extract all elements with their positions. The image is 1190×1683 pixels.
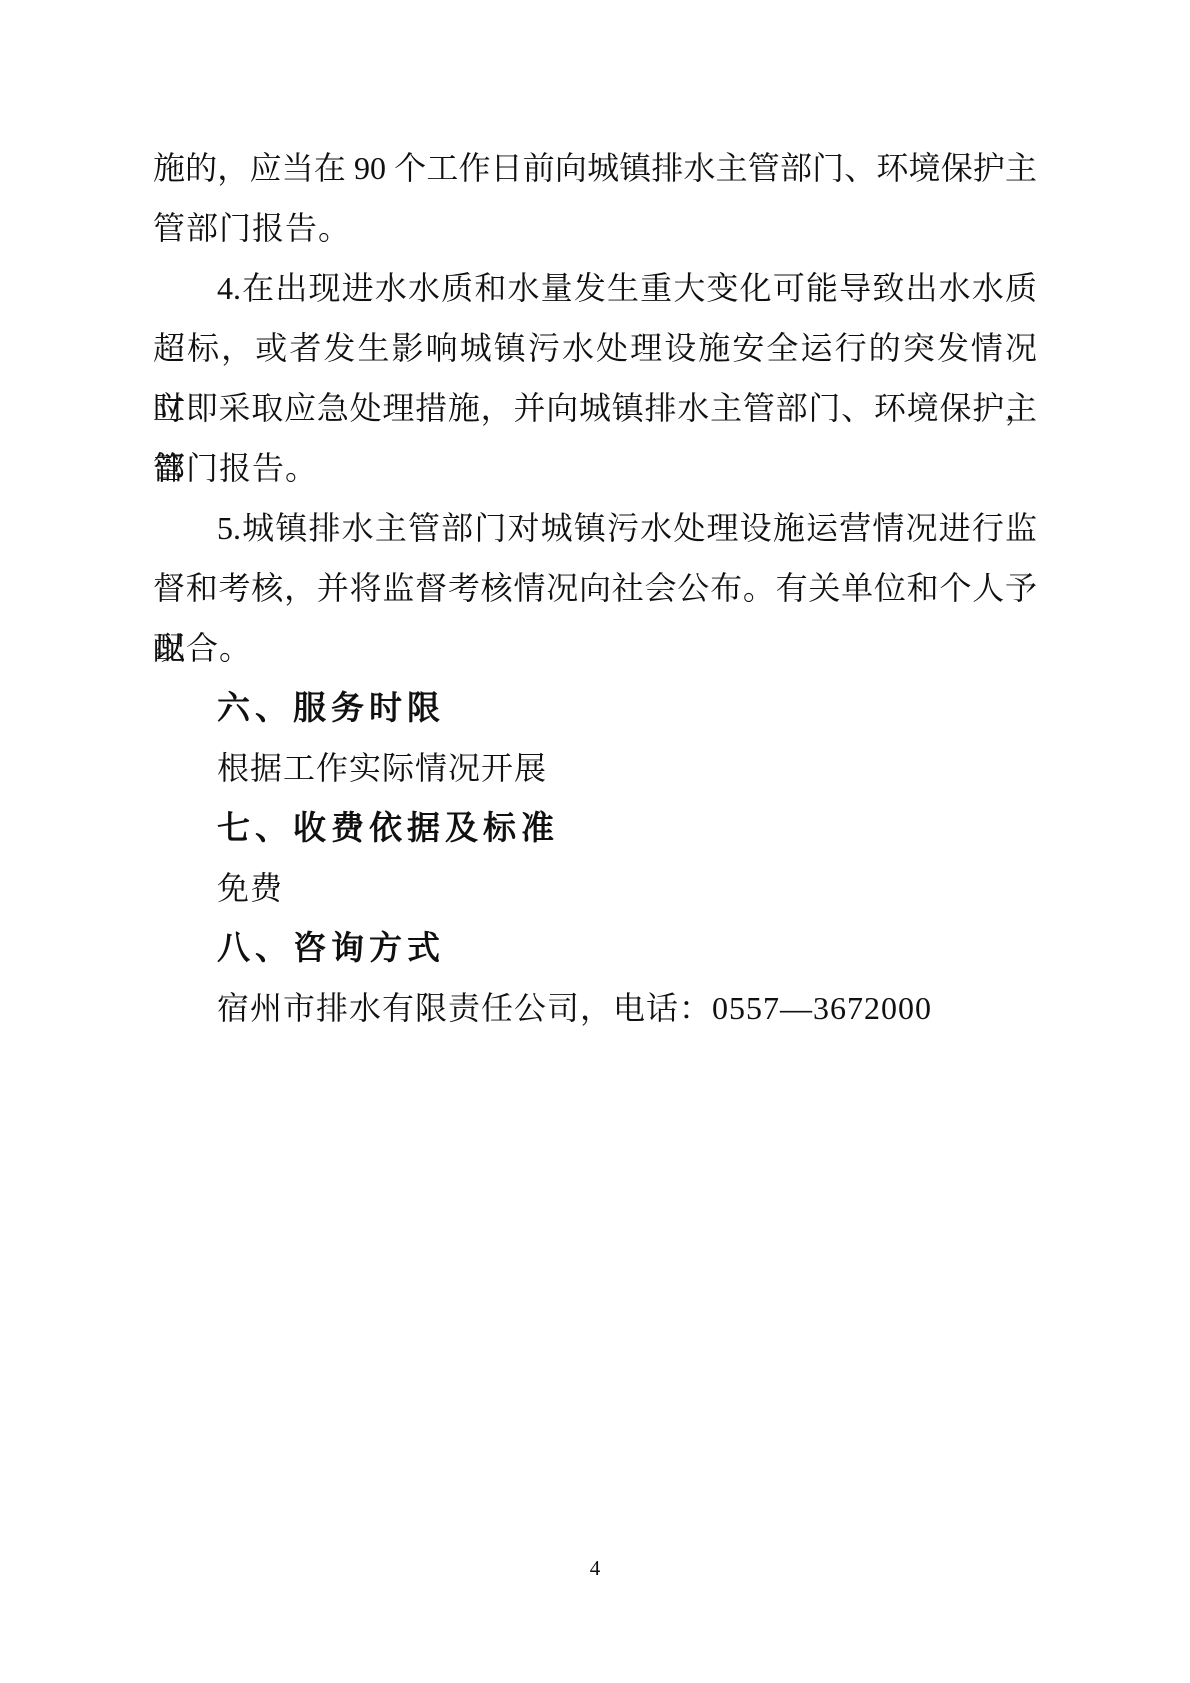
body-line: 施的，应当在 90 个工作日前向城镇排水主管部门、环境保护主 xyxy=(153,138,1037,198)
heading-consultation-method: 八、咨询方式 xyxy=(153,918,1037,978)
body-line-item-4: 4.在出现进水水质和水量发生重大变化可能导致出水水质 xyxy=(153,258,1037,318)
body-line-service-time-limit-answer: 根据工作实际情况开展 xyxy=(153,738,1037,798)
body-line: 部门报告。 xyxy=(153,438,1037,498)
page-number: 4 xyxy=(0,1552,1190,1584)
heading-service-time-limit: 六、服务时限 xyxy=(153,678,1037,738)
heading-fee-basis-standard: 七、收费依据及标准 xyxy=(153,798,1037,858)
body-line-fee-answer: 免费 xyxy=(153,858,1037,918)
body-line: 超标，或者发生影响城镇污水处理设施安全运行的突发情况时， xyxy=(153,318,1037,378)
body-line: 立即采取应急处理措施，并向城镇排水主管部门、环境保护主管 xyxy=(153,378,1037,438)
body-line: 管部门报告。 xyxy=(153,198,1037,258)
document-page: 施的，应当在 90 个工作日前向城镇排水主管部门、环境保护主 管部门报告。 4.… xyxy=(0,0,1190,1683)
body-line-item-5: 5.城镇排水主管部门对城镇污水处理设施运营情况进行监 xyxy=(153,498,1037,558)
body-line-contact-phone: 宿州市排水有限责任公司，电话：0557—3672000 xyxy=(153,978,1037,1038)
body-line: 督和考核，并将监督考核情况向社会公布。有关单位和个人予以 xyxy=(153,558,1037,618)
page-content: 施的，应当在 90 个工作日前向城镇排水主管部门、环境保护主 管部门报告。 4.… xyxy=(153,138,1037,1038)
body-line: 配合。 xyxy=(153,618,1037,678)
